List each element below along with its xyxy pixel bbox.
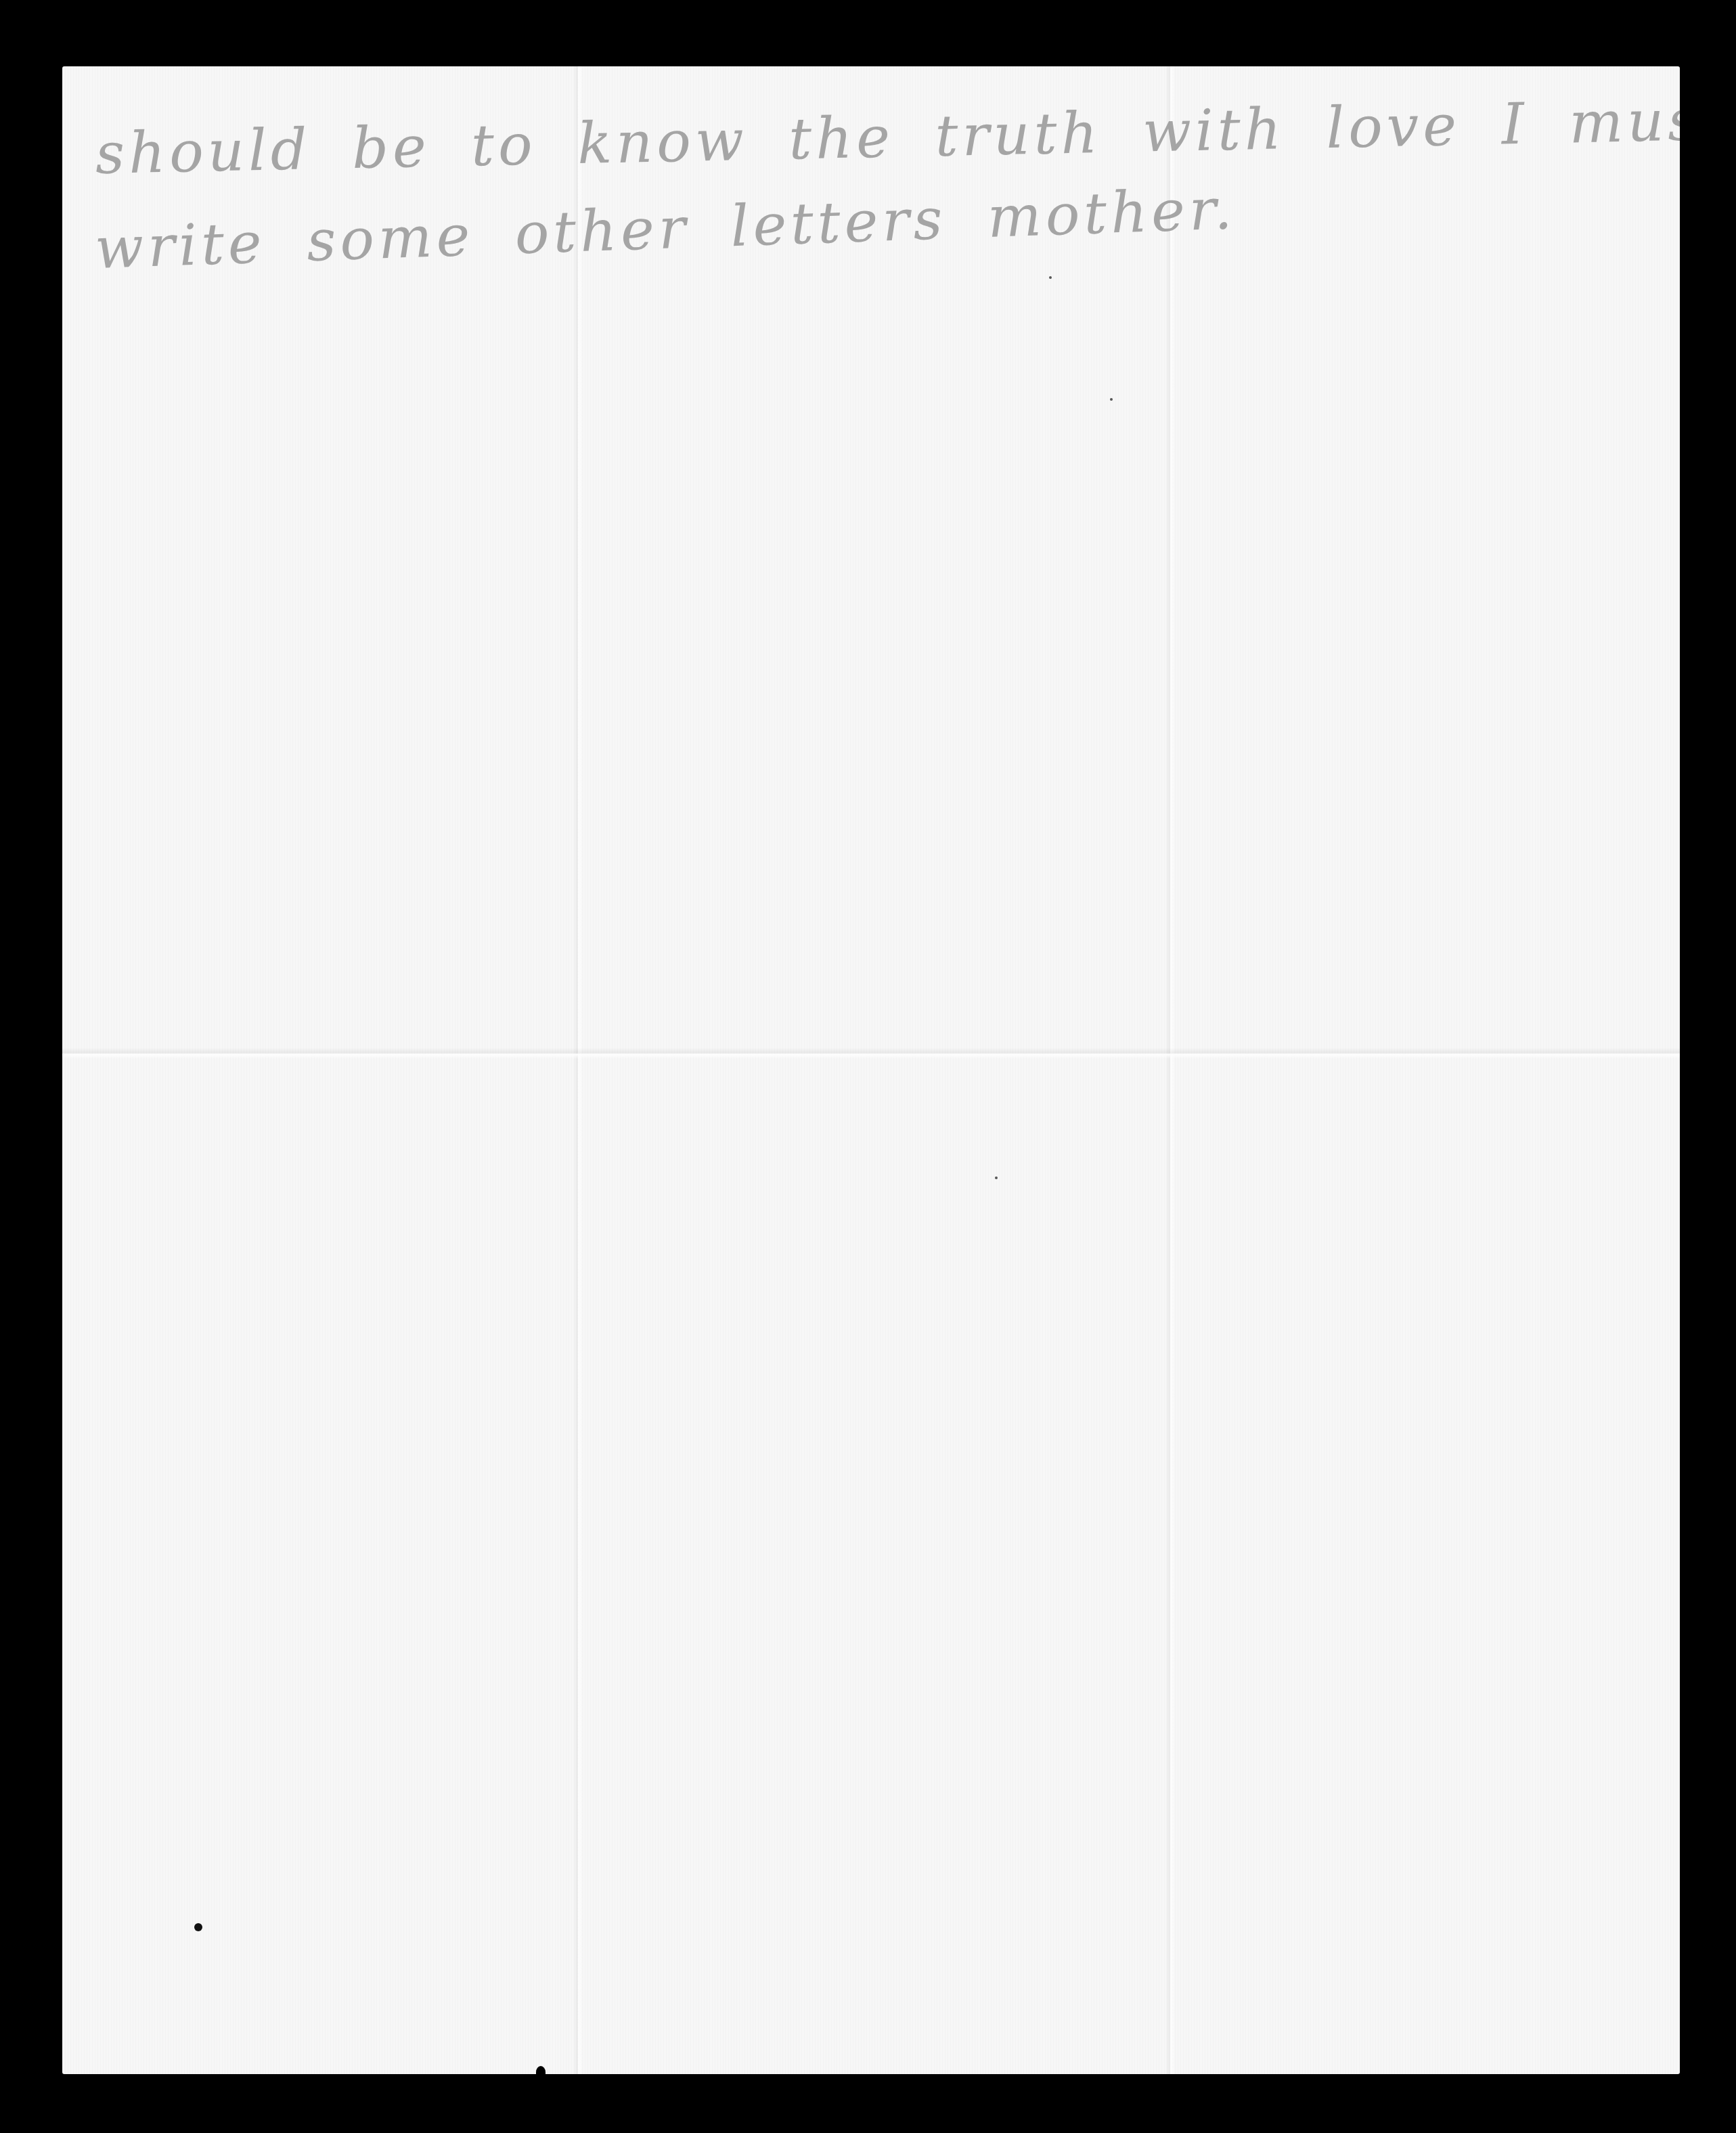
vertical-fold-crease bbox=[1165, 66, 1175, 2074]
handwritten-line-1: should be to know the truth with love I … bbox=[95, 86, 1680, 187]
handwritten-line-2: write some other letters mother. bbox=[94, 175, 1237, 282]
fold-notch bbox=[536, 2066, 546, 2074]
letter-page: should be to know the truth with love I … bbox=[62, 66, 1680, 2074]
horizontal-fold-crease bbox=[62, 1048, 1680, 1059]
vertical-fold-crease bbox=[573, 66, 583, 2074]
paper-speck bbox=[995, 1177, 998, 1179]
paper-speck bbox=[1110, 398, 1113, 401]
paper-speck bbox=[1049, 276, 1052, 279]
ink-dot bbox=[194, 1923, 202, 1931]
